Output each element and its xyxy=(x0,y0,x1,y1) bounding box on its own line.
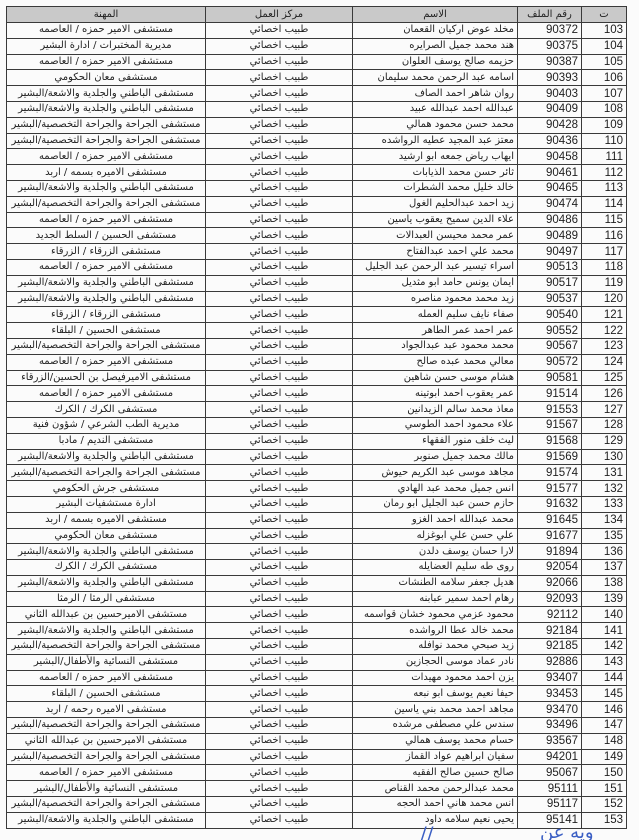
header-name: الاسم xyxy=(353,7,518,23)
row-work-center: طبيب اخصائي xyxy=(206,623,353,639)
row-name: معالي محمد عبده صالح xyxy=(353,354,518,370)
row-work-center: طبيب اخصائي xyxy=(206,797,353,813)
table-row: 13191574مجاهد موسى عبد الكريم حيوشطبيب ا… xyxy=(7,465,627,481)
row-index: 140 xyxy=(582,607,627,623)
row-work-center: طبيب اخصائي xyxy=(206,417,353,433)
row-file-no: 94201 xyxy=(518,749,582,765)
table-row: 12991568ليث خلف منور الفقهاءطبيب اخصائيم… xyxy=(7,433,627,449)
row-profession: مستشفى الامير حمزه / العاصمه xyxy=(7,212,206,228)
row-index: 126 xyxy=(582,386,627,402)
table-row: 11790497محمد علي احمد عبدالفتاحطبيب اخصا… xyxy=(7,244,627,260)
signature-mark-left: // xyxy=(420,822,433,840)
row-work-center: طبيب اخصائي xyxy=(206,686,353,702)
row-file-no: 90458 xyxy=(518,149,582,165)
table-row: 10490375هند محمد جميل الصرايرهطبيب اخصائ… xyxy=(7,38,627,54)
row-index: 144 xyxy=(582,670,627,686)
row-file-no: 90393 xyxy=(518,70,582,86)
row-index: 138 xyxy=(582,575,627,591)
row-name: مجاهد احمد محمد بني ياسين xyxy=(353,702,518,718)
row-file-no: 93407 xyxy=(518,670,582,686)
row-file-no: 90372 xyxy=(518,23,582,39)
table-row: 13591677علي حسن علي ابوغزلهطبيب اخصائيمس… xyxy=(7,528,627,544)
row-index: 149 xyxy=(582,749,627,765)
table-row: 15095067صالح حسين صالح الفقيهطبيب اخصائي… xyxy=(7,765,627,781)
table-row: 11490474زيد احمد عبدالحليم الغولطبيب اخص… xyxy=(7,196,627,212)
header-profession: المهنة xyxy=(7,7,206,23)
row-profession: مستشفى الامير حمزه / العاصمه xyxy=(7,765,206,781)
row-work-center: طبيب اخصائي xyxy=(206,607,353,623)
row-work-center: طبيب اخصائي xyxy=(206,244,353,260)
row-name: ليث خلف منور الفقهاء xyxy=(353,433,518,449)
row-index: 116 xyxy=(582,228,627,244)
signature-mark-right: ويه عن xyxy=(540,822,594,840)
row-name: مخلد عوض اركيان القعمان xyxy=(353,23,518,39)
row-file-no: 93567 xyxy=(518,733,582,749)
row-work-center: طبيب اخصائي xyxy=(206,528,353,544)
row-work-center: طبيب اخصائي xyxy=(206,465,353,481)
row-profession: مستشفى الزرقاء / الزرقاء xyxy=(7,244,206,260)
row-work-center: طبيب اخصائي xyxy=(206,544,353,560)
row-name: روان شاهر احمد الصاف xyxy=(353,86,518,102)
row-profession: مستشفى الامير حمزه / العاصمه xyxy=(7,354,206,370)
row-index: 146 xyxy=(582,702,627,718)
row-profession: مستشفى النسائية والأطفال/البشير xyxy=(7,654,206,670)
row-file-no: 91894 xyxy=(518,544,582,560)
row-profession: مستشفى الجراحة والجراحة التخصصية/البشير xyxy=(7,639,206,655)
row-file-no: 95117 xyxy=(518,797,582,813)
row-work-center: طبيب اخصائي xyxy=(206,323,353,339)
row-index: 107 xyxy=(582,86,627,102)
row-work-center: طبيب اخصائي xyxy=(206,765,353,781)
row-file-no: 90537 xyxy=(518,291,582,307)
row-work-center: طبيب اخصائي xyxy=(206,180,353,196)
row-name: اسامه عبد الرحمن محمد سليمان xyxy=(353,70,518,86)
row-index: 147 xyxy=(582,718,627,734)
row-file-no: 90461 xyxy=(518,165,582,181)
row-profession: مستشفى الحسين / البلقاء xyxy=(7,323,206,339)
row-index: 109 xyxy=(582,117,627,133)
row-file-no: 90436 xyxy=(518,133,582,149)
row-work-center: طبيب اخصائي xyxy=(206,338,353,354)
row-index: 114 xyxy=(582,196,627,212)
row-file-no: 91514 xyxy=(518,386,582,402)
row-name: حزيمه صالح يوسف العلوان xyxy=(353,54,518,70)
table-row: 13491645محمد عبدالله احمد الغزوطبيب اخصا… xyxy=(7,512,627,528)
row-work-center: طبيب اخصائي xyxy=(206,86,353,102)
row-name: عبدالله احمد عبدالله عبيد xyxy=(353,101,518,117)
row-profession: مستشفى الجراحة والجراحة التخصصية/البشير xyxy=(7,749,206,765)
row-profession: مستشفى الكرك / الكرك xyxy=(7,402,206,418)
row-work-center: طبيب اخصائي xyxy=(206,133,353,149)
row-profession: مستشفى الباطني والجلدية والاشعة/البشير xyxy=(7,101,206,117)
row-file-no: 91568 xyxy=(518,433,582,449)
row-file-no: 92185 xyxy=(518,639,582,655)
row-work-center: طبيب اخصائي xyxy=(206,149,353,165)
row-work-center: طبيب اخصائي xyxy=(206,196,353,212)
row-work-center: طبيب اخصائي xyxy=(206,386,353,402)
row-profession: مستشفى الكرك / الكرك xyxy=(7,560,206,576)
row-name: انس محمد هاني احمد الحجه xyxy=(353,797,518,813)
row-file-no: 91567 xyxy=(518,417,582,433)
row-profession: مستشفى الباطني والجلدية والاشعة/البشير xyxy=(7,812,206,828)
table-row: 12791553معاذ محمد سالم الزيدانينطبيب اخص… xyxy=(7,402,627,418)
table-row: 10990428محمد حسن محمود هماليطبيب اخصائيم… xyxy=(7,117,627,133)
row-profession: مستشفى الاميره رحمه / اربد xyxy=(7,702,206,718)
table-row: 15395141يحيى نعيم سلامه داودطبيب اخصائيم… xyxy=(7,812,627,828)
row-name: نادر عماد موسى الحجازين xyxy=(353,654,518,670)
row-work-center: طبيب اخصائي xyxy=(206,275,353,291)
row-index: 148 xyxy=(582,733,627,749)
table-row: 12590581هشام موسى حسن شاهينطبيب اخصائيمس… xyxy=(7,370,627,386)
row-file-no: 90581 xyxy=(518,370,582,386)
row-name: خالد خليل محمد الشطرات xyxy=(353,180,518,196)
row-file-no: 90409 xyxy=(518,101,582,117)
row-work-center: طبيب اخصائي xyxy=(206,117,353,133)
row-work-center: طبيب اخصائي xyxy=(206,259,353,275)
table-row: 11890513اسراء تيسير عبد الرحمن عبد الجلي… xyxy=(7,259,627,275)
table-row: 12390567محمد محمود عبد عبدالجوادطبيب اخص… xyxy=(7,338,627,354)
row-profession: مستشفى الجراحة والجراحة التخصصية/البشير xyxy=(7,797,206,813)
table-row: 13091569مالك محمد جميل صنوبرطبيب اخصائيم… xyxy=(7,449,627,465)
row-index: 145 xyxy=(582,686,627,702)
row-name: سفيان ابراهيم عواد القماز xyxy=(353,749,518,765)
row-index: 124 xyxy=(582,354,627,370)
table-row: 12490572معالي محمد عبده صالحطبيب اخصائيم… xyxy=(7,354,627,370)
row-profession: مستشفى الامير حمزه / العاصمه xyxy=(7,54,206,70)
row-profession: مستشفى الاميرحسين بن عبدالله الثاني xyxy=(7,733,206,749)
table-body: 10390372مخلد عوض اركيان القعمانطبيب اخصا… xyxy=(7,23,627,829)
row-work-center: طبيب اخصائي xyxy=(206,718,353,734)
row-profession: مستشفى الامير حمزه / العاصمه xyxy=(7,670,206,686)
row-index: 111 xyxy=(582,149,627,165)
row-file-no: 91645 xyxy=(518,512,582,528)
row-name: مجاهد موسى عبد الكريم حيوش xyxy=(353,465,518,481)
row-file-no: 91553 xyxy=(518,402,582,418)
row-file-no: 90552 xyxy=(518,323,582,339)
row-index: 131 xyxy=(582,465,627,481)
row-profession: مستشفى الباطني والجلدية والاشعة/البشير xyxy=(7,575,206,591)
row-name: هديل جعفر سلامه الطنشات xyxy=(353,575,518,591)
row-name: هند محمد جميل الصرايره xyxy=(353,38,518,54)
row-work-center: طبيب اخصائي xyxy=(206,307,353,323)
row-file-no: 95067 xyxy=(518,765,582,781)
row-index: 118 xyxy=(582,259,627,275)
row-index: 105 xyxy=(582,54,627,70)
row-work-center: طبيب اخصائي xyxy=(206,591,353,607)
row-profession: مستشفى الامير حمزه / العاصمه xyxy=(7,23,206,39)
header-work-center: مركز العمل xyxy=(206,7,353,23)
row-profession: مستشفى الجراحة والجراحة التخصصية/البشير xyxy=(7,465,206,481)
row-name: ايمان يونس حامد ابو مثديل xyxy=(353,275,518,291)
table-row: 13691894لارا حسان يوسف دلدنطبيب اخصائيمس… xyxy=(7,544,627,560)
row-name: محمد عبدالله احمد الغزو xyxy=(353,512,518,528)
row-name: روى طه سليم العضايله xyxy=(353,560,518,576)
row-work-center: طبيب اخصائي xyxy=(206,70,353,86)
row-file-no: 93470 xyxy=(518,702,582,718)
row-profession: مستشفى الامير حمزه / العاصمه xyxy=(7,149,206,165)
row-file-no: 90465 xyxy=(518,180,582,196)
header-index: ت xyxy=(582,7,627,23)
table-row: 10890409عبدالله احمد عبدالله عبيدطبيب اخ… xyxy=(7,101,627,117)
row-profession: مستشفى الحسين / السلط الجديد xyxy=(7,228,206,244)
row-name: ايهاب رياض جمعه ابو ارشيد xyxy=(353,149,518,165)
row-index: 141 xyxy=(582,623,627,639)
row-profession: ادارة مستشفيات البشير xyxy=(7,496,206,512)
row-name: حازم حسن عبد الجليل ابو رمان xyxy=(353,496,518,512)
row-work-center: طبيب اخصائي xyxy=(206,702,353,718)
table-row: 11290461ثائر حسن محمد الذياباتطبيب اخصائ… xyxy=(7,165,627,181)
row-file-no: 91577 xyxy=(518,481,582,497)
row-profession: مستشفى الحسين / البلقاء xyxy=(7,686,206,702)
document-sheet: ت رقم الملف الاسم مركز العمل المهنة 1039… xyxy=(6,6,626,829)
table-row: 10590387حزيمه صالح يوسف العلوانطبيب اخصا… xyxy=(7,54,627,70)
row-file-no: 90567 xyxy=(518,338,582,354)
table-row: 14192184محمد خالد عطا الرواشدهطبيب اخصائ… xyxy=(7,623,627,639)
row-profession: مستشفى الجراحة والجراحة التخصصية/البشير xyxy=(7,338,206,354)
row-work-center: طبيب اخصائي xyxy=(206,354,353,370)
row-profession: مستشفى الجراحة والجراحة التخصصية/البشير xyxy=(7,196,206,212)
table-row: 14693470مجاهد احمد محمد بني ياسينطبيب اخ… xyxy=(7,702,627,718)
table-row: 11990517ايمان يونس حامد ابو مثديلطبيب اخ… xyxy=(7,275,627,291)
row-name: عمر يعقوب احمد ابوتينه xyxy=(353,386,518,402)
row-work-center: طبيب اخصائي xyxy=(206,433,353,449)
row-profession: مستشفى الباطني والجلدية والاشعة/البشير xyxy=(7,291,206,307)
table-row: 13992093رهام احمد سمير عبابنهطبيب اخصائي… xyxy=(7,591,627,607)
table-header-row: ت رقم الملف الاسم مركز العمل المهنة xyxy=(7,7,627,23)
row-profession: مستشفى الجراحة والجراحة التخصصية/البشير xyxy=(7,133,206,149)
table-row: 15295117انس محمد هاني احمد الحجهطبيب اخص… xyxy=(7,797,627,813)
row-profession: مستشفى الاميره بسمه / اربد xyxy=(7,165,206,181)
row-work-center: طبيب اخصائي xyxy=(206,165,353,181)
table-row: 11390465خالد خليل محمد الشطراتطبيب اخصائ… xyxy=(7,180,627,196)
row-name: صالح حسين صالح الفقيه xyxy=(353,765,518,781)
row-name: علاء محمود احمد الطوسي xyxy=(353,417,518,433)
row-profession: مستشفى النسائية والأطفال/البشير xyxy=(7,781,206,797)
row-name: محمد علي احمد عبدالفتاح xyxy=(353,244,518,260)
row-profession: مستشفى الباطني والجلدية والاشعة/البشير xyxy=(7,180,206,196)
row-name: عمر محمد محيسن العبدالات xyxy=(353,228,518,244)
row-profession: مستشفى معان الحكومي xyxy=(7,70,206,86)
row-profession: مستشفى الجراحة والجراحة التخصصية/البشير xyxy=(7,117,206,133)
row-work-center: طبيب اخصائي xyxy=(206,402,353,418)
row-index: 108 xyxy=(582,101,627,117)
row-work-center: طبيب اخصائي xyxy=(206,38,353,54)
table-row: 14292185زيد صبحي محمد نوافلهطبيب اخصائيم… xyxy=(7,639,627,655)
table-row: 14092112محمود عزمي محمود خشان قواسمهطبيب… xyxy=(7,607,627,623)
row-file-no: 90474 xyxy=(518,196,582,212)
table-row: 12290552عمر احمد عمر الطاهرطبيب اخصائيمس… xyxy=(7,323,627,339)
row-name: علي حسن علي ابوغزله xyxy=(353,528,518,544)
table-row: 11190458ايهاب رياض جمعه ابو ارشيدطبيب اخ… xyxy=(7,149,627,165)
row-index: 129 xyxy=(582,433,627,449)
row-work-center: طبيب اخصائي xyxy=(206,560,353,576)
row-profession: مستشفى الامير حمزه / العاصمه xyxy=(7,386,206,402)
row-profession: مستشفى الاميرحسين بن عبدالله الثاني xyxy=(7,607,206,623)
table-row: 10690393اسامه عبد الرحمن محمد سليمانطبيب… xyxy=(7,70,627,86)
row-file-no: 93453 xyxy=(518,686,582,702)
row-profession: مستشفى الباطني والجلدية والاشعة/البشير xyxy=(7,86,206,102)
row-index: 150 xyxy=(582,765,627,781)
row-work-center: طبيب اخصائي xyxy=(206,101,353,117)
row-name: صفاء نايف سليم العمله xyxy=(353,307,518,323)
row-index: 127 xyxy=(582,402,627,418)
row-index: 120 xyxy=(582,291,627,307)
row-file-no: 91574 xyxy=(518,465,582,481)
row-work-center: طبيب اخصائي xyxy=(206,639,353,655)
row-name: زيد صبحي محمد نوافله xyxy=(353,639,518,655)
row-index: 135 xyxy=(582,528,627,544)
row-profession: مستشفى الجراحة والجراحة التخصصية/البشير xyxy=(7,718,206,734)
row-profession: مديرية الطب الشرعي / شؤون فنية xyxy=(7,417,206,433)
row-name: محمد حسن محمود همالي xyxy=(353,117,518,133)
row-name: عمر احمد عمر الطاهر xyxy=(353,323,518,339)
row-name: حسام محمد يوسف همالي xyxy=(353,733,518,749)
row-work-center: طبيب اخصائي xyxy=(206,291,353,307)
table-row: 14392886نادر عماد موسى الحجازينطبيب اخصا… xyxy=(7,654,627,670)
row-index: 130 xyxy=(582,449,627,465)
row-index: 106 xyxy=(582,70,627,86)
table-row: 12691514عمر يعقوب احمد ابوتينهطبيب اخصائ… xyxy=(7,386,627,402)
row-work-center: طبيب اخصائي xyxy=(206,512,353,528)
row-index: 137 xyxy=(582,560,627,576)
row-work-center: طبيب اخصائي xyxy=(206,733,353,749)
row-profession: مديرية المختبرات / ادارة البشير xyxy=(7,38,206,54)
row-file-no: 92054 xyxy=(518,560,582,576)
row-name: زيد احمد عبدالحليم الغول xyxy=(353,196,518,212)
row-profession: مستشفى الباطني والجلدية والاشعة/البشير xyxy=(7,449,206,465)
row-profession: مستشفى الاميرفيصل بن الحسين/الزرقاء xyxy=(7,370,206,386)
row-file-no: 90513 xyxy=(518,259,582,275)
row-file-no: 90486 xyxy=(518,212,582,228)
row-name: انس جميل محمد عبد الهادي xyxy=(353,481,518,497)
row-index: 143 xyxy=(582,654,627,670)
row-work-center: طبيب اخصائي xyxy=(206,23,353,39)
row-name: رهام احمد سمير عبابنه xyxy=(353,591,518,607)
table-row: 12190540صفاء نايف سليم العملهطبيب اخصائي… xyxy=(7,307,627,323)
table-row: 13391632حازم حسن عبد الجليل ابو رمانطبيب… xyxy=(7,496,627,512)
row-file-no: 90540 xyxy=(518,307,582,323)
table-row: 10790403روان شاهر احمد الصافطبيب اخصائيم… xyxy=(7,86,627,102)
table-row: 10390372مخلد عوض اركيان القعمانطبيب اخصا… xyxy=(7,23,627,39)
table-row: 11590486علاء الدين سميح يعقوب ياسينطبيب … xyxy=(7,212,627,228)
row-file-no: 93496 xyxy=(518,718,582,734)
row-name: علاء الدين سميح يعقوب ياسين xyxy=(353,212,518,228)
row-profession: مستشفى الامير حمزه / العاصمه xyxy=(7,259,206,275)
row-index: 151 xyxy=(582,781,627,797)
table-row: 13892066هديل جعفر سلامه الطنشاتطبيب اخصا… xyxy=(7,575,627,591)
row-work-center: طبيب اخصائي xyxy=(206,228,353,244)
row-work-center: طبيب اخصائي xyxy=(206,370,353,386)
table-row: 11090436معتز عبد المجيد عطيه الرواشدهطبي… xyxy=(7,133,627,149)
row-index: 125 xyxy=(582,370,627,386)
table-row: 14593453حيفا نعيم يوسف ابو نبعهطبيب اخصا… xyxy=(7,686,627,702)
row-file-no: 91677 xyxy=(518,528,582,544)
row-name: معاذ محمد سالم الزيدانين xyxy=(353,402,518,418)
row-name: مالك محمد جميل صنوبر xyxy=(353,449,518,465)
row-index: 133 xyxy=(582,496,627,512)
row-file-no: 90497 xyxy=(518,244,582,260)
row-name: محمد عبدالرحمن محمد القناص xyxy=(353,781,518,797)
row-index: 117 xyxy=(582,244,627,260)
row-index: 134 xyxy=(582,512,627,528)
row-name: محمود عزمي محمود خشان قواسمه xyxy=(353,607,518,623)
row-index: 123 xyxy=(582,338,627,354)
row-profession: مستشفى النديم / مادبا xyxy=(7,433,206,449)
row-name: محمد خالد عطا الرواشده xyxy=(353,623,518,639)
header-file-no: رقم الملف xyxy=(518,7,582,23)
row-name: حيفا نعيم يوسف ابو نبعه xyxy=(353,686,518,702)
row-file-no: 91569 xyxy=(518,449,582,465)
row-profession: مستشفى الباطني والجلدية والاشعة/البشير xyxy=(7,275,206,291)
row-name: لارا حسان يوسف دلدن xyxy=(353,544,518,560)
row-name: هشام موسى حسن شاهين xyxy=(353,370,518,386)
row-work-center: طبيب اخصائي xyxy=(206,812,353,828)
row-index: 103 xyxy=(582,23,627,39)
row-work-center: طبيب اخصائي xyxy=(206,575,353,591)
row-file-no: 92093 xyxy=(518,591,582,607)
table-row: 11690489عمر محمد محيسن العبدالاتطبيب اخص… xyxy=(7,228,627,244)
table-row: 15195111محمد عبدالرحمن محمد القناصطبيب ا… xyxy=(7,781,627,797)
row-index: 128 xyxy=(582,417,627,433)
row-profession: مستشفى معان الحكومي xyxy=(7,528,206,544)
table-row: 12891567علاء محمود احمد الطوسيطبيب اخصائ… xyxy=(7,417,627,433)
row-work-center: طبيب اخصائي xyxy=(206,670,353,686)
row-name: يزن احمد محمود مهيدات xyxy=(353,670,518,686)
table-row: 14893567حسام محمد يوسف هماليطبيب اخصائيم… xyxy=(7,733,627,749)
row-index: 139 xyxy=(582,591,627,607)
row-index: 121 xyxy=(582,307,627,323)
row-file-no: 92184 xyxy=(518,623,582,639)
row-name: ثائر حسن محمد الذيابات xyxy=(353,165,518,181)
row-name: اسراء تيسير عبد الرحمن عبد الجليل xyxy=(353,259,518,275)
row-work-center: طبيب اخصائي xyxy=(206,781,353,797)
row-work-center: طبيب اخصائي xyxy=(206,496,353,512)
row-index: 122 xyxy=(582,323,627,339)
table-row: 13291577انس جميل محمد عبد الهاديطبيب اخص… xyxy=(7,481,627,497)
row-profession: مستشفى الزرقاء / الزرقاء xyxy=(7,307,206,323)
row-index: 119 xyxy=(582,275,627,291)
row-work-center: طبيب اخصائي xyxy=(206,749,353,765)
row-file-no: 90489 xyxy=(518,228,582,244)
row-index: 136 xyxy=(582,544,627,560)
table-row: 12090537زيد محمد محمود مناصرهطبيب اخصائي… xyxy=(7,291,627,307)
table-row: 13792054روى طه سليم العضايلهطبيب اخصائيم… xyxy=(7,560,627,576)
row-file-no: 90572 xyxy=(518,354,582,370)
row-file-no: 90387 xyxy=(518,54,582,70)
row-file-no: 90375 xyxy=(518,38,582,54)
row-file-no: 92886 xyxy=(518,654,582,670)
row-profession: مستشفى جرش الحكومي xyxy=(7,481,206,497)
row-index: 104 xyxy=(582,38,627,54)
row-file-no: 90403 xyxy=(518,86,582,102)
row-work-center: طبيب اخصائي xyxy=(206,481,353,497)
row-index: 112 xyxy=(582,165,627,181)
row-profession: مستشفى الباطني والجلدية والاشعة/البشير xyxy=(7,544,206,560)
row-name: معتز عبد المجيد عطيه الرواشده xyxy=(353,133,518,149)
row-work-center: طبيب اخصائي xyxy=(206,449,353,465)
row-profession: مستشفى الباطني والجلدية والاشعة/البشير xyxy=(7,623,206,639)
row-name: محمد محمود عبد عبدالجواد xyxy=(353,338,518,354)
row-name: يحيى نعيم سلامه داود xyxy=(353,812,518,828)
row-file-no: 95111 xyxy=(518,781,582,797)
row-name: سندس علي مصطفى مرشده xyxy=(353,718,518,734)
row-file-no: 92112 xyxy=(518,607,582,623)
row-file-no: 92066 xyxy=(518,575,582,591)
row-index: 113 xyxy=(582,180,627,196)
row-index: 115 xyxy=(582,212,627,228)
row-file-no: 90517 xyxy=(518,275,582,291)
row-index: 132 xyxy=(582,481,627,497)
